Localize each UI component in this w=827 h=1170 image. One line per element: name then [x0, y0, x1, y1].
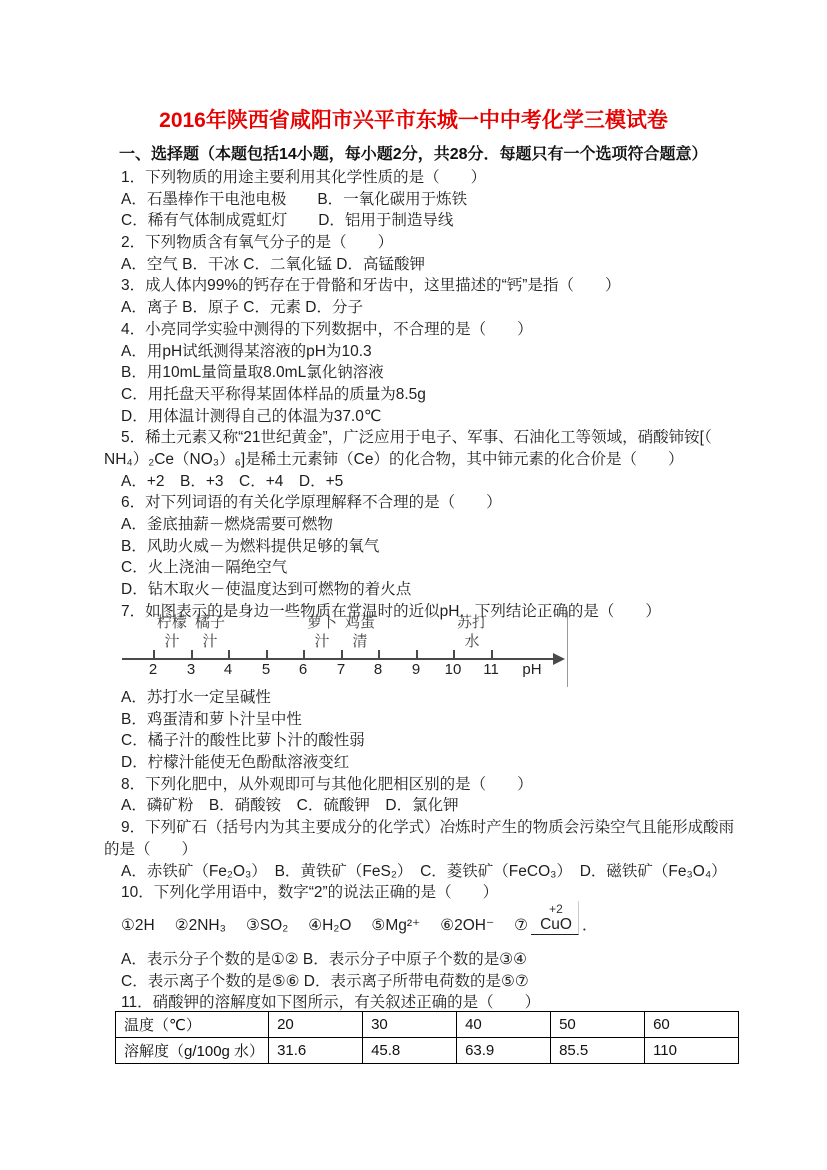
text-line: 6．对下列词语的有关化学原理解释不合理的是（ ） — [0, 492, 827, 514]
text-line: A．空气 B．干冰 C．二氧化锰 D．高锰酸钾 — [0, 254, 827, 276]
axis-tick — [416, 650, 418, 658]
chemical-notation: ④H₂O — [308, 916, 351, 935]
text-line: A．釜底抽薪－燃烧需要可燃物 — [0, 514, 827, 536]
questions-block-3: A．表示分子个数的是①② B．表示分子中原子个数的是③④C．表示离子个数的是⑤⑥… — [0, 949, 827, 1014]
table-cell: 63.9 — [457, 1038, 551, 1064]
row-header-cell: 溶解度（g/100g 水） — [116, 1038, 269, 1064]
axis-tick — [303, 650, 305, 658]
ph-substance-label: 柠檬 汁 — [157, 613, 187, 651]
text-line: D．钻木取火－使温度达到可燃物的着火点 — [0, 579, 827, 601]
chemical-notation-row: ①2H ②2NH₃ ③SO₂ ④H₂O ⑤Mg²⁺ ⑥2OH⁻ ⑦ +2 CuO… — [121, 895, 597, 935]
text-line: A．表示分子个数的是①② B．表示分子中原子个数的是③④ — [0, 949, 827, 971]
substance-name: 柠檬 — [157, 613, 187, 632]
formula-text: CuO — [540, 917, 572, 933]
table-cell: 60 — [645, 1012, 739, 1038]
text-line: 5．稀土元素又称“21世纪黄金”，广泛应用于电子、军事、石油化工等领域，硝酸铈铵… — [0, 427, 827, 449]
text-line: NH₄）₂Ce（NO₃）₆]是稀土元素铈（Ce）的化合物，其中铈元素的化合价是（… — [0, 449, 827, 471]
row-header-cell: 温度（℃） — [116, 1012, 269, 1038]
chemical-notation: ⑤Mg²⁺ — [371, 916, 420, 935]
text-line: 的是（ ） — [0, 839, 827, 861]
chemical-notation: ③SO₂ — [246, 916, 288, 935]
text-line: C．火上浇油－隔绝空气 — [0, 557, 827, 579]
axis-tick — [491, 650, 493, 658]
text-line: A．磷矿粉 B．硝酸铵 C．硫酸钾 D．氯化钾 — [0, 795, 827, 817]
text-line: 1．下列物质的用途主要利用其化学性质的是（ ） — [0, 167, 827, 189]
text-line: C．稀有气体制成霓虹灯 D．铝用于制造导线 — [0, 210, 827, 232]
text-line: 8．下列化肥中，从外观即可与其他化肥相区别的是（ ） — [0, 774, 827, 796]
section-header: 一、选择题（本题包括14小题，每小题2分，共28分．每题只有一个选项符合题意） — [119, 141, 708, 164]
axis-tick — [453, 650, 455, 658]
text-line: A．赤铁矿（Fe₂O₃） B．黄铁矿（FeS₂） C．菱铁矿（FeCO₃） D．… — [0, 861, 827, 883]
text-line: 2．下列物质含有氧气分子的是（ ） — [0, 232, 827, 254]
table-row: 温度（℃） 20 30 40 50 60 — [116, 1012, 739, 1038]
table-cell: 50 — [551, 1012, 645, 1038]
ph-axis-line — [122, 658, 554, 660]
text-line: C．用托盘天平称得某固体样品的质量为8.5g — [0, 384, 827, 406]
text-line: B．风助火威－为燃料提供足够的氧气 — [0, 536, 827, 558]
table-cell: 45.8 — [363, 1038, 457, 1064]
page-title: 2016年陕西省咸阳市兴平市东城一中中考化学三模试卷 — [0, 104, 827, 134]
text-line: C．橘子汁的酸性比萝卜汁的酸性弱 — [0, 730, 827, 752]
text-line: 9．下列矿石（括号内为其主要成分的化学式）冶炼时产生的物质会污染空气且能形成酸雨 — [0, 817, 827, 839]
axis-tick-label: 11 — [483, 661, 499, 678]
substance-name: 橘子 — [195, 613, 225, 632]
axis-tick-label: 10 — [445, 661, 462, 678]
exam-paper-page: 2016年陕西省咸阳市兴平市东城一中中考化学三模试卷 一、选择题（本题包括14小… — [0, 0, 827, 1170]
text-line: D．用体温计测得自己的体温为37.0℃ — [0, 406, 827, 428]
ph-substance-label: 萝卜 汁 — [307, 613, 337, 651]
axis-tick-label: 2 — [149, 661, 157, 678]
axis-tick-label: 4 — [224, 661, 232, 678]
axis-unit-label: pH — [522, 661, 541, 678]
text-line: B．用10mL量筒量取8.0mL氯化钠溶液 — [0, 362, 827, 384]
chemical-notation: ②2NH₃ — [175, 916, 226, 935]
valence-stack: +2 CuO — [531, 901, 579, 935]
text-line: B．鸡蛋清和萝卜汁呈中性 — [0, 709, 827, 731]
valence-value: +2 — [549, 901, 563, 917]
table-cell: 20 — [269, 1012, 363, 1038]
cuo-valence-notation: ⑦ +2 CuO ． — [514, 901, 597, 935]
axis-arrow-icon — [553, 653, 565, 665]
text-line: A．苏打水一定呈碱性 — [0, 687, 827, 709]
axis-tick-label: 8 — [374, 661, 382, 678]
ph-substance-label: 苏打 水 — [457, 613, 487, 651]
axis-tick-label: 7 — [337, 661, 345, 678]
axis-tick — [228, 650, 230, 658]
text-line: 4．小亮同学实验中测得的下列数据中，不合理的是（ ） — [0, 319, 827, 341]
solubility-table: 温度（℃） 20 30 40 50 60 溶解度（g/100g 水） 31.6 … — [115, 1011, 739, 1064]
chemical-notation: ⑥2OH⁻ — [440, 916, 494, 935]
circled-seven-marker: ⑦ — [514, 916, 528, 935]
axis-tick-label: 6 — [299, 661, 307, 678]
substance-name: 苏打 — [457, 613, 487, 632]
axis-tick-label: 9 — [412, 661, 420, 678]
substance-name: 汁 — [307, 632, 337, 651]
text-line: A．石墨棒作干电池电极 B．一氧化碳用于炼铁 — [0, 189, 827, 211]
diagram-right-border — [567, 611, 568, 687]
text-line: A．用pH试纸测得某溶液的pH为10.3 — [0, 341, 827, 363]
chemical-notation: ①2H — [121, 916, 155, 935]
substance-name: 清 — [345, 632, 375, 651]
table-cell: 85.5 — [551, 1038, 645, 1064]
substance-name: 汁 — [157, 632, 187, 651]
ph-substance-label: 橘子 汁 — [195, 613, 225, 651]
text-line: D．柠檬汁能使无色酚酞溶液变红 — [0, 752, 827, 774]
period-mark: ． — [582, 913, 598, 935]
axis-tick — [378, 650, 380, 658]
axis-tick — [341, 650, 343, 658]
table-row: 溶解度（g/100g 水） 31.6 45.8 63.9 85.5 110 — [116, 1038, 739, 1064]
substance-name: 鸡蛋 — [345, 613, 375, 632]
ph-substance-label: 鸡蛋 清 — [345, 613, 375, 651]
axis-tick — [153, 650, 155, 658]
ph-scale-diagram: 柠檬 汁 橘子 汁 萝卜 汁 鸡蛋 清 苏打 水 2 — [120, 614, 590, 686]
table-cell: 30 — [363, 1012, 457, 1038]
text-line: 3．成人体内99%的钙存在于骨骼和牙齿中，这里描述的“钙”是指（ ） — [0, 275, 827, 297]
substance-name: 水 — [457, 632, 487, 651]
substance-name: 汁 — [195, 632, 225, 651]
questions-block-2: A．苏打水一定呈碱性B．鸡蛋清和萝卜汁呈中性C．橘子汁的酸性比萝卜汁的酸性弱D．… — [0, 687, 827, 904]
table-cell: 110 — [645, 1038, 739, 1064]
text-line: C．表示离子个数的是⑤⑥ D．表示离子所带电荷数的是⑤⑦ — [0, 971, 827, 993]
table-cell: 31.6 — [269, 1038, 363, 1064]
questions-block-1: 1．下列物质的用途主要利用其化学性质的是（ ）A．石墨棒作干电池电极 B．一氧化… — [0, 167, 827, 622]
substance-name: 萝卜 — [307, 613, 337, 632]
text-line: A．离子 B．原子 C．元素 D．分子 — [0, 297, 827, 319]
axis-tick-label: 5 — [262, 661, 270, 678]
axis-tick — [191, 650, 193, 658]
axis-tick-label: 3 — [187, 661, 195, 678]
text-line: A．+2 B．+3 C．+4 D．+5 — [0, 471, 827, 493]
axis-tick — [266, 650, 268, 658]
table-cell: 40 — [457, 1012, 551, 1038]
